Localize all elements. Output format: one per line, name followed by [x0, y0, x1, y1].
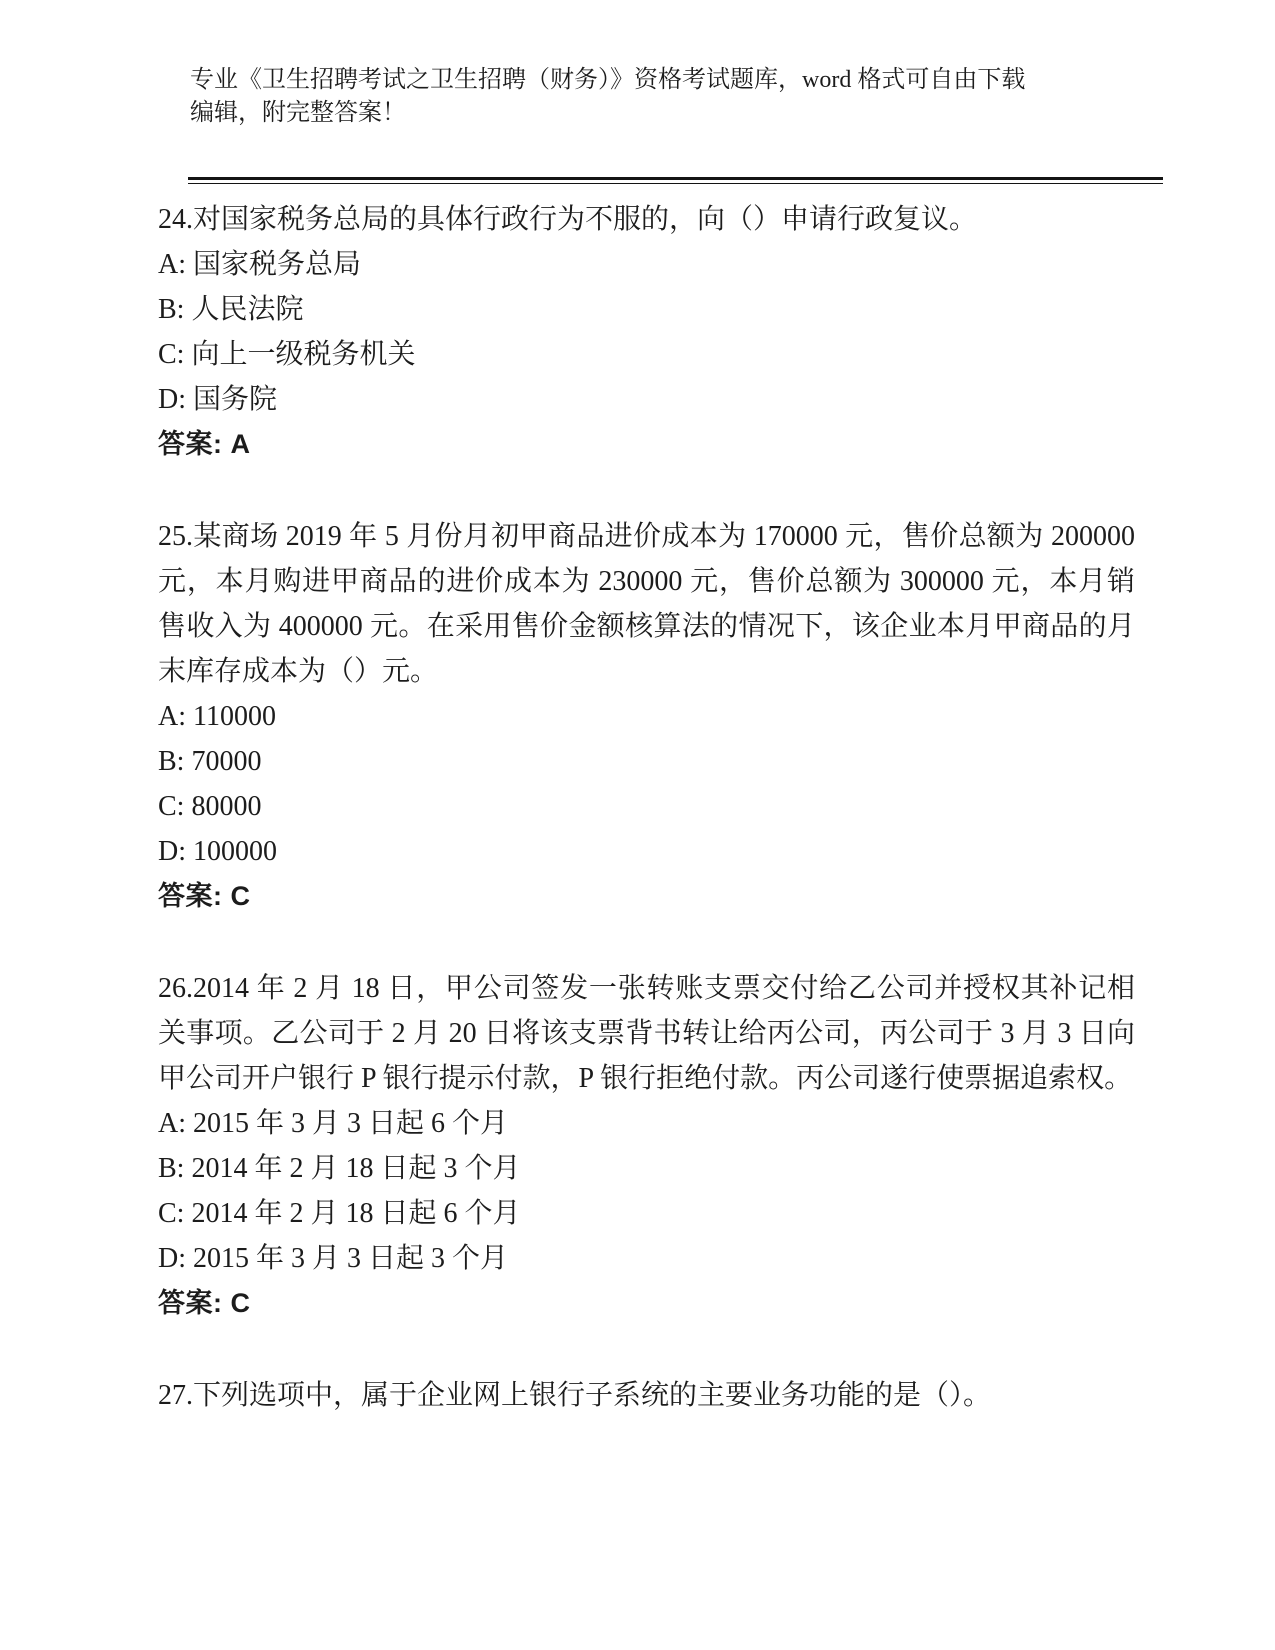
question-25-stem: 25.某商场 2019 年 5 月份月初甲商品进价成本为 170000 元，售价…: [158, 514, 1135, 694]
document-body: 24.对国家税务总局的具体行政行为不服的，向（）申请行政复议。 A: 国家税务总…: [158, 183, 1135, 1418]
question-24-option-d: D: 国务院: [158, 377, 1135, 422]
question-24-option-a: A: 国家税务总局: [158, 242, 1135, 287]
question-27: 27.下列选项中，属于企业网上银行子系统的主要业务功能的是（）。: [158, 1373, 1135, 1418]
question-26-option-b: B: 2014 年 2 月 18 日起 3 个月: [158, 1146, 1135, 1191]
question-26-answer: 答案: C: [158, 1281, 1135, 1326]
question-25-option-b: B: 70000: [158, 739, 1135, 784]
question-25: 25.某商场 2019 年 5 月份月初甲商品进价成本为 170000 元，售价…: [158, 514, 1135, 919]
question-27-stem: 27.下列选项中，属于企业网上银行子系统的主要业务功能的是（）。: [158, 1373, 1135, 1418]
question-26-option-d: D: 2015 年 3 月 3 日起 3 个月: [158, 1236, 1135, 1281]
question-25-option-c: C: 80000: [158, 784, 1135, 829]
question-26-stem: 26.2014 年 2 月 18 日，甲公司签发一张转账支票交付给乙公司并授权其…: [158, 966, 1135, 1101]
question-24-option-b: B: 人民法院: [158, 287, 1135, 332]
question-25-option-d: D: 100000: [158, 829, 1135, 874]
question-26-option-c: C: 2014 年 2 月 18 日起 6 个月: [158, 1191, 1135, 1236]
question-26: 26.2014 年 2 月 18 日，甲公司签发一张转账支票交付给乙公司并授权其…: [158, 966, 1135, 1326]
question-24-answer: 答案: A: [158, 422, 1135, 467]
question-24: 24.对国家税务总局的具体行政行为不服的，向（）申请行政复议。 A: 国家税务总…: [158, 197, 1135, 467]
header-line-2: 编辑，附完整答案！: [190, 97, 1040, 130]
question-26-option-a: A: 2015 年 3 月 3 日起 6 个月: [158, 1101, 1135, 1146]
question-24-stem: 24.对国家税务总局的具体行政行为不服的，向（）申请行政复议。: [158, 197, 1135, 242]
question-25-option-a: A: 110000: [158, 694, 1135, 739]
question-24-option-c: C: 向上一级税务机关: [158, 332, 1135, 377]
question-25-answer: 答案: C: [158, 874, 1135, 919]
header-line-1: 专业《卫生招聘考试之卫生招聘（财务）》资格考试题库，word 格式可自由下载: [190, 64, 1040, 97]
document-page: 专业《卫生招聘考试之卫生招聘（财务）》资格考试题库，word 格式可自由下载 编…: [0, 0, 1275, 1650]
page-header: 专业《卫生招聘考试之卫生招聘（财务）》资格考试题库，word 格式可自由下载 编…: [190, 64, 1040, 130]
